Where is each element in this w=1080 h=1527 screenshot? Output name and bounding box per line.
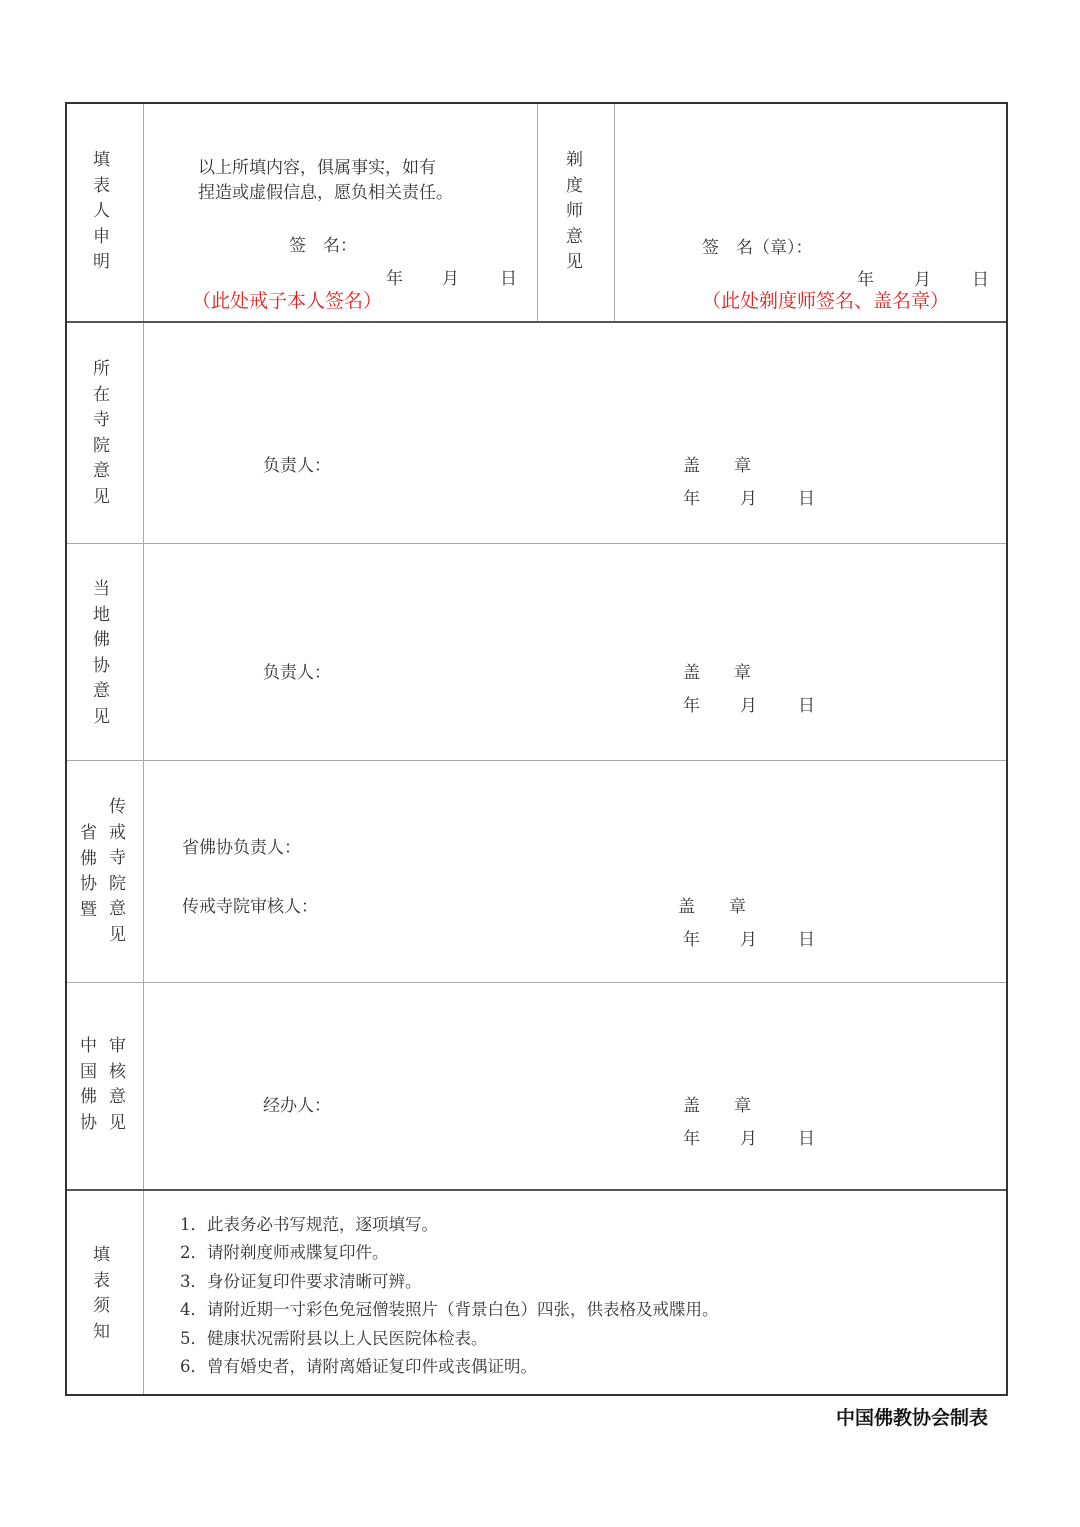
local-date-year: 年 (683, 691, 700, 716)
declaration-row: 填 表 人 申 明 以上所填内容，俱属事实，如有 捏造或虚假信息，愿负相关责任。… (67, 104, 1006, 322)
declaration-signature-hint: （此处戒子本人签名） (192, 286, 382, 313)
column-divider (537, 104, 538, 322)
column-divider (143, 323, 144, 543)
declaration-statement-line2: 捏造或虚假信息，愿负相关责任。 (198, 178, 453, 203)
instruction-item: 6．曾有婚史者，请附离婚证复印件或丧偶证明。 (180, 1353, 719, 1381)
label-char: 审 (109, 1034, 126, 1060)
label-char: 寺 (109, 846, 126, 872)
national-opinion-label-right: 审 核 意 见 (109, 1034, 126, 1136)
label-char: 意 (566, 225, 583, 251)
temple-responsible-person-label[interactable]: 负责人： (263, 451, 331, 476)
label-char: 师 (566, 199, 583, 225)
instructions-list: 1．此表务必书写规范，逐项填写。 2．请附剃度师戒牒复印件。 3．身份证复印件要… (180, 1211, 719, 1381)
label-char: 省 (80, 821, 97, 847)
temple-date-year: 年 (683, 484, 700, 509)
label-char: 协 (80, 1111, 97, 1137)
label-char: 意 (93, 459, 110, 485)
provincial-date-year: 年 (683, 925, 700, 950)
label-char: 所 (93, 357, 110, 383)
temple-date-day: 日 (798, 484, 815, 509)
instruction-item: 5．健康状况需附县以上人民医院体检表。 (180, 1325, 719, 1353)
column-divider (143, 761, 144, 982)
label-char: 协 (93, 654, 110, 680)
declaration-statement-line1: 以上所填内容，俱属事实，如有 (198, 153, 436, 178)
label-char: 佛 (80, 1085, 97, 1111)
provincial-date-month: 月 (740, 925, 757, 950)
national-opinion-row: 中 国 佛 协 审 核 意 见 经办人： 盖 章 年 月 日 (67, 982, 1006, 1190)
label-char: 传 (109, 795, 126, 821)
instruction-item: 1．此表务必书写规范，逐项填写。 (180, 1211, 719, 1239)
label-char: 中 (80, 1034, 97, 1060)
label-char: 佛 (93, 628, 110, 654)
provincial-opinion-label-left: 省 佛 协 暨 (80, 821, 97, 923)
label-char: 见 (566, 250, 583, 276)
instructions-label: 填 表 须 知 (93, 1243, 110, 1345)
tonsure-master-date-day: 日 (972, 265, 989, 290)
label-char: 戒 (109, 821, 126, 847)
form-issuer: 中国佛教协会制表 (836, 1403, 988, 1430)
local-responsible-person-label[interactable]: 负责人： (263, 658, 331, 683)
column-divider (143, 104, 144, 322)
declaration-date-month: 月 (442, 264, 459, 289)
label-char: 寺 (93, 408, 110, 434)
local-date-day: 日 (798, 691, 815, 716)
local-association-opinion-label: 当 地 佛 协 意 见 (93, 577, 110, 730)
provincial-date-day: 日 (798, 925, 815, 950)
declaration-label: 填 表 人 申 明 (93, 148, 110, 276)
column-divider (143, 983, 144, 1190)
label-char: 见 (93, 705, 110, 731)
label-char: 意 (93, 679, 110, 705)
label-char: 院 (93, 434, 110, 460)
national-date-day: 日 (798, 1124, 815, 1149)
label-char: 在 (93, 383, 110, 409)
label-char: 知 (93, 1320, 110, 1346)
column-divider (143, 544, 144, 760)
label-char: 佛 (80, 847, 97, 873)
declaration-signature-label[interactable]: 签 名： (289, 231, 357, 256)
label-char: 剃 (566, 148, 583, 174)
local-date-month: 月 (740, 691, 757, 716)
instructions-row: 填 表 须 知 1．此表务必书写规范，逐项填写。 2．请附剃度师戒牒复印件。 3… (67, 1189, 1006, 1394)
label-char: 表 (93, 1269, 110, 1295)
label-char: 院 (109, 872, 126, 898)
national-date-year: 年 (683, 1124, 700, 1149)
label-char: 意 (109, 897, 126, 923)
temple-opinion-label: 所 在 寺 院 意 见 (93, 357, 110, 510)
declaration-date-year: 年 (386, 264, 403, 289)
label-char: 见 (109, 923, 126, 949)
provincial-seal-label: 盖 章 (678, 892, 746, 917)
provincial-opinion-label-right: 传 戒 寺 院 意 见 (109, 795, 126, 948)
ordination-temple-reviewer-label[interactable]: 传戒寺院审核人： (182, 892, 318, 917)
label-char: 见 (93, 485, 110, 511)
label-char: 暨 (80, 898, 97, 924)
local-association-opinion-row: 当 地 佛 协 意 见 负责人： 盖 章 年 月 日 (67, 543, 1006, 760)
label-char: 明 (93, 250, 110, 276)
column-divider (614, 104, 615, 322)
label-char: 人 (93, 199, 110, 225)
tonsure-master-signature-label[interactable]: 签 名（章）： (702, 233, 813, 258)
instruction-item: 3．身份证复印件要求清晰可辨。 (180, 1268, 719, 1296)
label-char: 须 (93, 1294, 110, 1320)
temple-date-month: 月 (740, 484, 757, 509)
tonsure-master-signature-hint: （此处剃度师签名、盖名章） (702, 286, 949, 313)
national-date-month: 月 (740, 1124, 757, 1149)
tonsure-master-label: 剃 度 师 意 见 (566, 148, 583, 276)
temple-opinion-row: 所 在 寺 院 意 见 负责人： 盖 章 年 月 日 (67, 321, 1006, 543)
label-char: 协 (80, 872, 97, 898)
provincial-responsible-person-label[interactable]: 省佛协负责人： (182, 833, 301, 858)
label-char: 度 (566, 174, 583, 200)
label-char: 意 (109, 1085, 126, 1111)
national-seal-label: 盖 章 (683, 1091, 751, 1116)
national-handler-label[interactable]: 经办人： (263, 1091, 331, 1116)
instruction-item: 4．请附近期一寸彩色免冠僧装照片（背景白色）四张，供表格及戒牒用。 (180, 1296, 719, 1324)
national-opinion-label-left: 中 国 佛 协 (80, 1034, 97, 1136)
column-divider (143, 1191, 144, 1394)
label-char: 当 (93, 577, 110, 603)
label-char: 地 (93, 603, 110, 629)
label-char: 填 (93, 148, 110, 174)
label-char: 填 (93, 1243, 110, 1269)
ordination-application-form: 填 表 人 申 明 以上所填内容，俱属事实，如有 捏造或虚假信息，愿负相关责任。… (65, 102, 1008, 1396)
label-char: 表 (93, 174, 110, 200)
local-seal-label: 盖 章 (683, 658, 751, 683)
instruction-item: 2．请附剃度师戒牒复印件。 (180, 1239, 719, 1267)
declaration-date-day: 日 (500, 264, 517, 289)
label-char: 国 (80, 1060, 97, 1086)
label-char: 核 (109, 1060, 126, 1086)
label-char: 见 (109, 1111, 126, 1137)
temple-seal-label: 盖 章 (683, 451, 751, 476)
provincial-opinion-row: 省 佛 协 暨 传 戒 寺 院 意 见 省佛协负责人： 传戒寺院审核人： 盖 章… (67, 760, 1006, 982)
label-char: 申 (93, 225, 110, 251)
